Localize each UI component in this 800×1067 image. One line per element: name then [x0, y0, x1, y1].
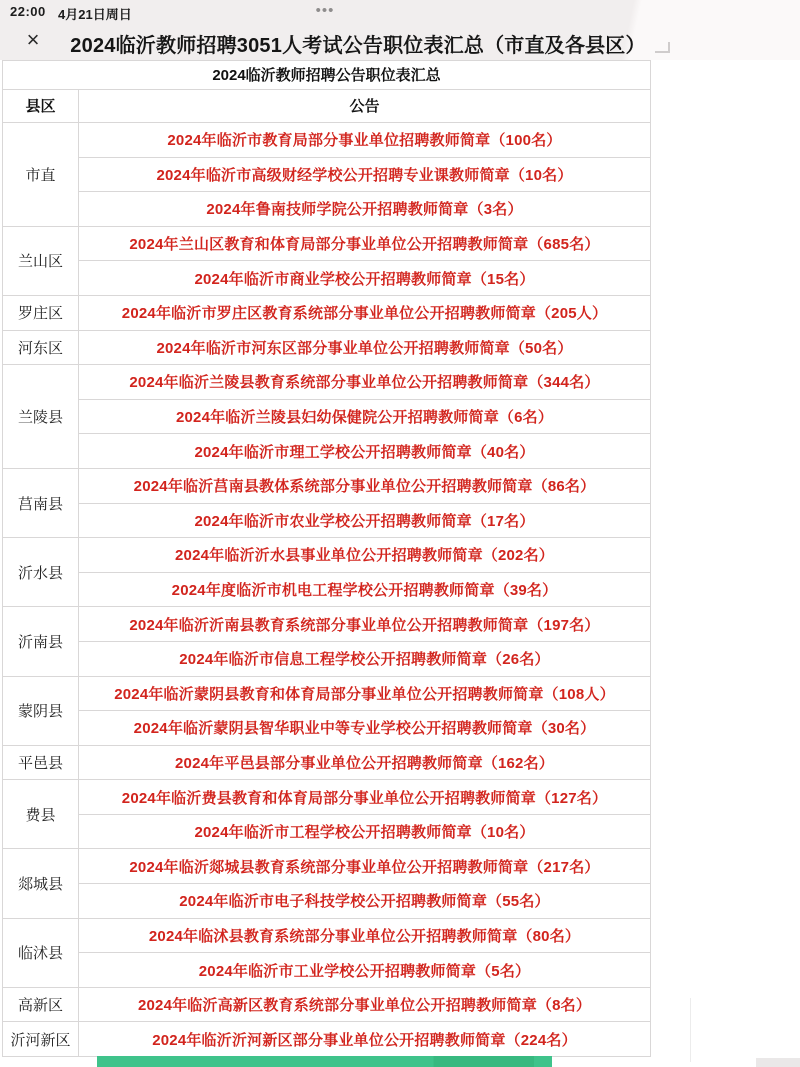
announcement-cell: 2024年临沂郯城县教育系统部分事业单位公开招聘教师简章（217名）: [79, 849, 651, 884]
table-row: 2024年临沂蒙阴县智华职业中等专业学校公开招聘教师简章（30名）: [3, 711, 651, 746]
table-row: 兰陵县2024年临沂兰陵县教育系统部分事业单位公开招聘教师简章（344名）: [3, 365, 651, 400]
table-row: 2024年临沂兰陵县妇幼保健院公开招聘教师简章（6名）: [3, 399, 651, 434]
district-cell: 市直: [3, 123, 79, 227]
background-divider-line: [690, 998, 691, 1062]
table-row: 沂水县2024年临沂沂水县事业单位公开招聘教师简章（202名）: [3, 538, 651, 573]
announcement-link[interactable]: 2024年临沂市农业学校公开招聘教师简章（17名）: [194, 513, 534, 530]
announcement-link[interactable]: 2024年临沂市理工学校公开招聘教师简章（40名）: [194, 444, 534, 461]
announcement-cell: 2024年平邑县部分事业单位公开招聘教师简章（162名）: [79, 745, 651, 780]
district-cell: 平邑县: [3, 745, 79, 780]
announcement-cell: 2024年临沂市工业学校公开招聘教师简章（5名）: [79, 953, 651, 988]
announcement-link[interactable]: 2024年临沂郯城县教育系统部分事业单位公开招聘教师简章（217名）: [129, 859, 599, 876]
announcement-cell: 2024年临沂市农业学校公开招聘教师简章（17名）: [79, 503, 651, 538]
table-row: 2024年临沂市理工学校公开招聘教师简章（40名）: [3, 434, 651, 469]
table-header-row: 县区 公告: [3, 89, 651, 123]
table-title: 2024临沂教师招聘公告职位表汇总: [3, 61, 651, 90]
table-row: 平邑县2024年平邑县部分事业单位公开招聘教师简章（162名）: [3, 745, 651, 780]
announcement-link[interactable]: 2024年临沂沂水县事业单位公开招聘教师简章（202名）: [175, 547, 554, 564]
announcement-cell: 2024年临沂市理工学校公开招聘教师简章（40名）: [79, 434, 651, 469]
announcement-link[interactable]: 2024年临沂兰陵县教育系统部分事业单位公开招聘教师简章（344名）: [129, 374, 599, 391]
table-row: 2024年临沂市高级财经学校公开招聘专业课教师简章（10名）: [3, 157, 651, 192]
status-bar: 22:00 4月21日周日 •••: [0, 0, 800, 26]
announcement-cell: 2024年临沂沂河新区部分事业单位公开招聘教师简章（224名）: [79, 1022, 651, 1057]
announcement-cell: 2024年鲁南技师学院公开招聘教师简章（3名）: [79, 192, 651, 227]
announcement-link[interactable]: 2024年平邑县部分事业单位公开招聘教师简章（162名）: [175, 755, 554, 772]
district-cell: 蒙阴县: [3, 676, 79, 745]
title-tail-mark: [655, 42, 670, 53]
top-header: 22:00 4月21日周日 ••• × 2024临沂教师招聘3051人考试公告职…: [0, 0, 800, 60]
table-row: 2024年临沂市农业学校公开招聘教师简章（17名）: [3, 503, 651, 538]
district-cell: 莒南县: [3, 468, 79, 537]
announcement-link[interactable]: 2024年临沂市教育局部分事业单位招聘教师简章（100名）: [167, 132, 561, 149]
page-title: 2024临沂教师招聘3051人考试公告职位表汇总（市直及各县区）: [62, 29, 654, 58]
table-row: 兰山区2024年兰山区教育和体育局部分事业单位公开招聘教师简章（685名）: [3, 226, 651, 261]
table-row: 费县2024年临沂费县教育和体育局部分事业单位公开招聘教师简章（127名）: [3, 780, 651, 815]
announcement-link[interactable]: 2024年临沂市工程学校公开招聘教师简章（10名）: [194, 824, 534, 841]
announcement-link[interactable]: 2024年兰山区教育和体育局部分事业单位公开招聘教师简章（685名）: [129, 236, 599, 253]
announcement-cell: 2024年临沂莒南县教体系统部分事业单位公开招聘教师简章（86名）: [79, 468, 651, 503]
announcement-cell: 2024年临沂市高级财经学校公开招聘专业课教师简章（10名）: [79, 157, 651, 192]
announcement-link[interactable]: 2024年鲁南技师学院公开招聘教师简章（3名）: [206, 201, 522, 218]
table-row: 河东区2024年临沂市河东区部分事业单位公开招聘教师简章（50名）: [3, 330, 651, 365]
announcement-link[interactable]: 2024年临沂市工业学校公开招聘教师简章（5名）: [199, 963, 531, 980]
table-row: 临沭县2024年临沭县教育系统部分事业单位公开招聘教师简章（80名）: [3, 918, 651, 953]
announcement-link[interactable]: 2024年临沂高新区教育系统部分事业单位公开招聘教师简章（8名）: [138, 997, 591, 1014]
table-row: 2024年临沂市工程学校公开招聘教师简章（10名）: [3, 814, 651, 849]
green-banner-strip: [97, 1056, 552, 1067]
announcement-cell: 2024年临沂沂南县教育系统部分事业单位公开招聘教师简章（197名）: [79, 607, 651, 642]
announcement-link[interactable]: 2024年临沂莒南县教体系统部分事业单位公开招聘教师简章（86名）: [134, 478, 596, 495]
table-row: 2024年临沂市商业学校公开招聘教师简章（15名）: [3, 261, 651, 296]
district-cell: 临沭县: [3, 918, 79, 987]
announcement-link[interactable]: 2024年临沂市高级财经学校公开招聘专业课教师简章（10名）: [156, 167, 572, 184]
announcement-cell: 2024年临沂市教育局部分事业单位招聘教师简章（100名）: [79, 123, 651, 158]
table-row: 蒙阴县2024年临沂蒙阴县教育和体育局部分事业单位公开招聘教师简章（108人）: [3, 676, 651, 711]
district-cell: 兰陵县: [3, 365, 79, 469]
table-row: 市直2024年临沂市教育局部分事业单位招聘教师简章（100名）: [3, 123, 651, 158]
district-cell: 河东区: [3, 330, 79, 365]
announcement-link[interactable]: 2024年临沂市河东区部分事业单位公开招聘教师简章（50名）: [156, 340, 572, 357]
announcement-link[interactable]: 2024年临沂费县教育和体育局部分事业单位公开招聘教师简章（127名）: [122, 790, 607, 807]
bottom-right-gray-block: [756, 1058, 800, 1067]
recruitment-table-body: 2024临沂教师招聘公告职位表汇总 县区 公告 市直2024年临沂市教育局部分事…: [3, 61, 651, 1057]
table-row: 郯城县2024年临沂郯城县教育系统部分事业单位公开招聘教师简章（217名）: [3, 849, 651, 884]
announcement-link[interactable]: 2024年临沂沂南县教育系统部分事业单位公开招聘教师简章（197名）: [129, 617, 599, 634]
table-row: 高新区2024年临沂高新区教育系统部分事业单位公开招聘教师简章（8名）: [3, 987, 651, 1022]
table-row: 罗庄区2024年临沂市罗庄区教育系统部分事业单位公开招聘教师简章（205人）: [3, 295, 651, 330]
district-cell: 高新区: [3, 987, 79, 1022]
announcement-link[interactable]: 2024年临沂市商业学校公开招聘教师简章（15名）: [194, 271, 534, 288]
menu-dots-icon[interactable]: •••: [0, 2, 650, 19]
announcement-cell: 2024年临沂蒙阴县教育和体育局部分事业单位公开招聘教师简章（108人）: [79, 676, 651, 711]
nav-bar: × 2024临沂教师招聘3051人考试公告职位表汇总（市直及各县区）: [0, 26, 800, 60]
announcement-cell: 2024年临沂市电子科技学校公开招聘教师简章（55名）: [79, 884, 651, 919]
district-cell: 沂水县: [3, 538, 79, 607]
announcement-cell: 2024年临沂沂水县事业单位公开招聘教师简章（202名）: [79, 538, 651, 573]
table-row: 沂南县2024年临沂沂南县教育系统部分事业单位公开招聘教师简章（197名）: [3, 607, 651, 642]
announcement-link[interactable]: 2024年度临沂市机电工程学校公开招聘教师简章（39名）: [172, 582, 558, 599]
announcement-cell: 2024年临沂市河东区部分事业单位公开招聘教师简章（50名）: [79, 330, 651, 365]
table-row: 莒南县2024年临沂莒南县教体系统部分事业单位公开招聘教师简章（86名）: [3, 468, 651, 503]
announcement-cell: 2024年临沂市商业学校公开招聘教师简章（15名）: [79, 261, 651, 296]
announcement-link[interactable]: 2024年临沂市罗庄区教育系统部分事业单位公开招聘教师简章（205人）: [122, 305, 607, 322]
recruitment-table: 2024临沂教师招聘公告职位表汇总 县区 公告 市直2024年临沂市教育局部分事…: [2, 60, 651, 1057]
district-cell: 兰山区: [3, 226, 79, 295]
table-row: 2024年临沂市工业学校公开招聘教师简章（5名）: [3, 953, 651, 988]
column-header-district: 县区: [3, 89, 79, 123]
column-header-announcement: 公告: [79, 89, 651, 123]
table-row: 2024年度临沂市机电工程学校公开招聘教师简章（39名）: [3, 572, 651, 607]
announcement-cell: 2024年临沂蒙阴县智华职业中等专业学校公开招聘教师简章（30名）: [79, 711, 651, 746]
announcement-link[interactable]: 2024年临沂市信息工程学校公开招聘教师简章（26名）: [179, 651, 549, 668]
district-cell: 沂南县: [3, 607, 79, 676]
table-row: 2024年鲁南技师学院公开招聘教师简章（3名）: [3, 192, 651, 227]
announcement-cell: 2024年临沂兰陵县教育系统部分事业单位公开招聘教师简章（344名）: [79, 365, 651, 400]
table-row: 沂河新区2024年临沂沂河新区部分事业单位公开招聘教师简章（224名）: [3, 1022, 651, 1057]
announcement-cell: 2024年兰山区教育和体育局部分事业单位公开招聘教师简章（685名）: [79, 226, 651, 261]
table-row: 2024年临沂市电子科技学校公开招聘教师简章（55名）: [3, 884, 651, 919]
announcement-cell: 2024年临沂高新区教育系统部分事业单位公开招聘教师简章（8名）: [79, 987, 651, 1022]
district-cell: 费县: [3, 780, 79, 849]
district-cell: 郯城县: [3, 849, 79, 918]
announcement-link[interactable]: 2024年临沂兰陵县妇幼保健院公开招聘教师简章（6名）: [176, 409, 553, 426]
announcement-link[interactable]: 2024年临沂蒙阴县教育和体育局部分事业单位公开招聘教师简章（108人）: [114, 686, 615, 703]
announcement-cell: 2024年临沂市信息工程学校公开招聘教师简章（26名）: [79, 641, 651, 676]
announcement-link[interactable]: 2024年临沂市电子科技学校公开招聘教师简章（55名）: [179, 893, 549, 910]
announcement-link[interactable]: 2024年临沭县教育系统部分事业单位公开招聘教师简章（80名）: [149, 928, 580, 945]
table-row: 2024年临沂市信息工程学校公开招聘教师简章（26名）: [3, 641, 651, 676]
district-cell: 罗庄区: [3, 295, 79, 330]
announcement-cell: 2024年临沭县教育系统部分事业单位公开招聘教师简章（80名）: [79, 918, 651, 953]
close-icon[interactable]: ×: [20, 27, 46, 53]
announcement-cell: 2024年临沂市罗庄区教育系统部分事业单位公开招聘教师简章（205人）: [79, 295, 651, 330]
announcement-link[interactable]: 2024年临沂蒙阴县智华职业中等专业学校公开招聘教师简章（30名）: [134, 720, 596, 737]
announcement-cell: 2024年度临沂市机电工程学校公开招聘教师简章（39名）: [79, 572, 651, 607]
announcement-cell: 2024年临沂市工程学校公开招聘教师简章（10名）: [79, 814, 651, 849]
district-cell: 沂河新区: [3, 1022, 79, 1057]
announcement-cell: 2024年临沂兰陵县妇幼保健院公开招聘教师简章（6名）: [79, 399, 651, 434]
announcement-link[interactable]: 2024年临沂沂河新区部分事业单位公开招聘教师简章（224名）: [152, 1032, 577, 1049]
table-title-row: 2024临沂教师招聘公告职位表汇总: [3, 61, 651, 90]
announcement-cell: 2024年临沂费县教育和体育局部分事业单位公开招聘教师简章（127名）: [79, 780, 651, 815]
